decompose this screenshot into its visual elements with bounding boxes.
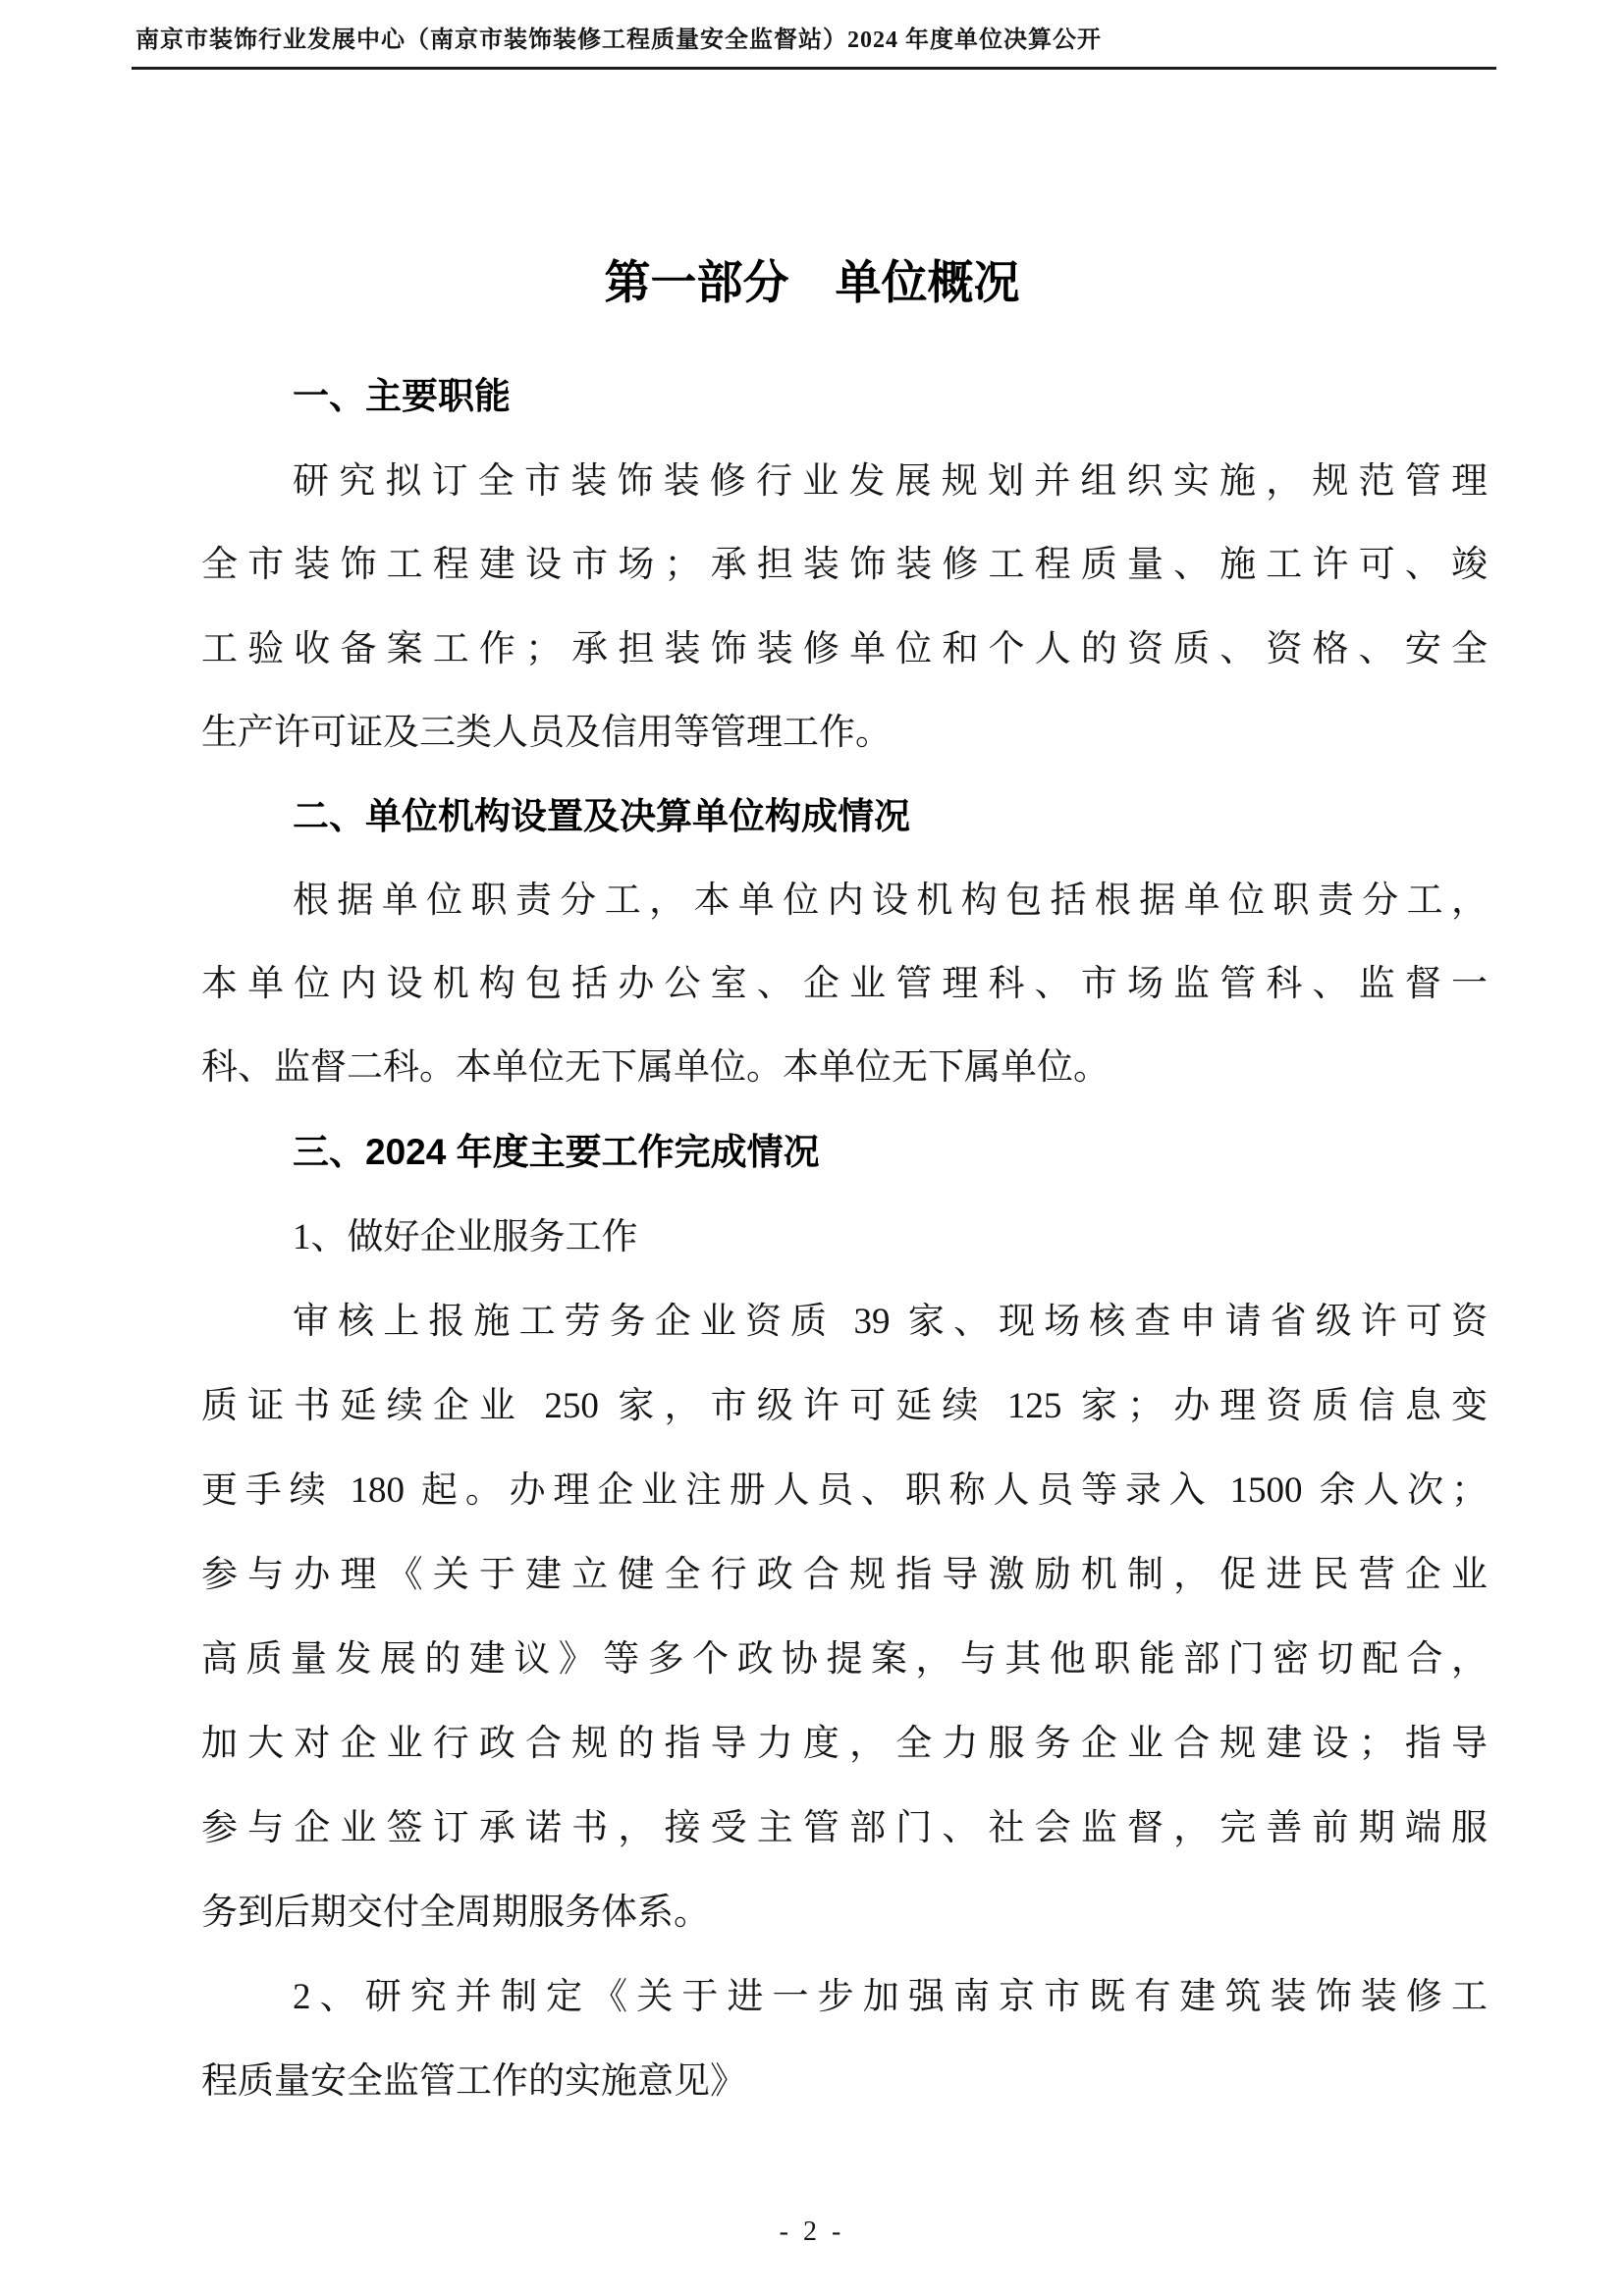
section-heading-3: 三、2024 年度主要工作完成情况	[201, 1127, 1488, 1178]
page-header: 南京市装饰行业发展中心（南京市装饰装修工程质量安全监督站）2024 年度单位决算…	[135, 24, 1492, 57]
document-title: 第一部分 单位概况	[0, 253, 1624, 312]
document-page: 南京市装饰行业发展中心（南京市装饰装修工程质量安全监督站）2024 年度单位决算…	[0, 0, 1624, 2296]
body-line: 根据单位职责分工，本单位内设机构包括根据单位职责分工，	[201, 876, 1488, 927]
body-line: 全市装饰工程建设市场；承担装饰装修工程质量、施工许可、竣	[201, 540, 1488, 591]
body-line: 工验收备案工作；承担装饰装修单位和个人的资质、资格、安全	[201, 624, 1488, 675]
body-line: 本单位内设机构包括办公室、企业管理科、市场监管科、监督一	[201, 959, 1488, 1010]
header-rule	[132, 67, 1496, 70]
body-line: 高质量发展的建议》等多个政协提案，与其他职能部门密切配合，	[201, 1634, 1488, 1685]
body-line: 参与办理《关于建立健全行政合规指导激励机制，促进民营企业	[201, 1550, 1488, 1601]
body-line: 审核上报施工劳务企业资质 39 家、现场核查申请省级许可资	[201, 1297, 1488, 1348]
body-line: 科、监督二科。本单位无下属单位。本单位无下属单位。	[201, 1042, 1488, 1094]
body-line: 更手续 180 起。办理企业注册人员、职称人员等录入 1500 余人次；	[201, 1466, 1488, 1517]
body-line: 质证书延续企业 250 家，市级许可延续 125 家；办理资质信息变	[201, 1381, 1488, 1432]
body-line: 加大对企业行政合规的指导力度，全力服务企业合规建设；指导	[201, 1719, 1488, 1770]
list-item-line: 1、做好企业服务工作	[201, 1212, 1488, 1263]
section-heading-2: 二、单位机构设置及决算单位构成情况	[201, 791, 1488, 842]
body-line: 参与企业签订承诺书，接受主管部门、社会监督，完善前期端服	[201, 1803, 1488, 1854]
body-line: 程质量安全监管工作的实施意见》	[201, 2056, 1488, 2108]
page-number: - 2 -	[0, 2215, 1624, 2250]
body-line: 务到后期交付全周期服务体系。	[201, 1888, 1488, 1939]
list-item-line: 2、研究并制定《关于进一步加强南京市既有建筑装饰装修工	[201, 1972, 1488, 2023]
section-heading-1: 一、主要职能	[201, 371, 1488, 422]
body-line: 生产许可证及三类人员及信用等管理工作。	[201, 708, 1488, 759]
body-line: 研究拟订全市装饰装修行业发展规划并组织实施，规范管理	[201, 456, 1488, 507]
